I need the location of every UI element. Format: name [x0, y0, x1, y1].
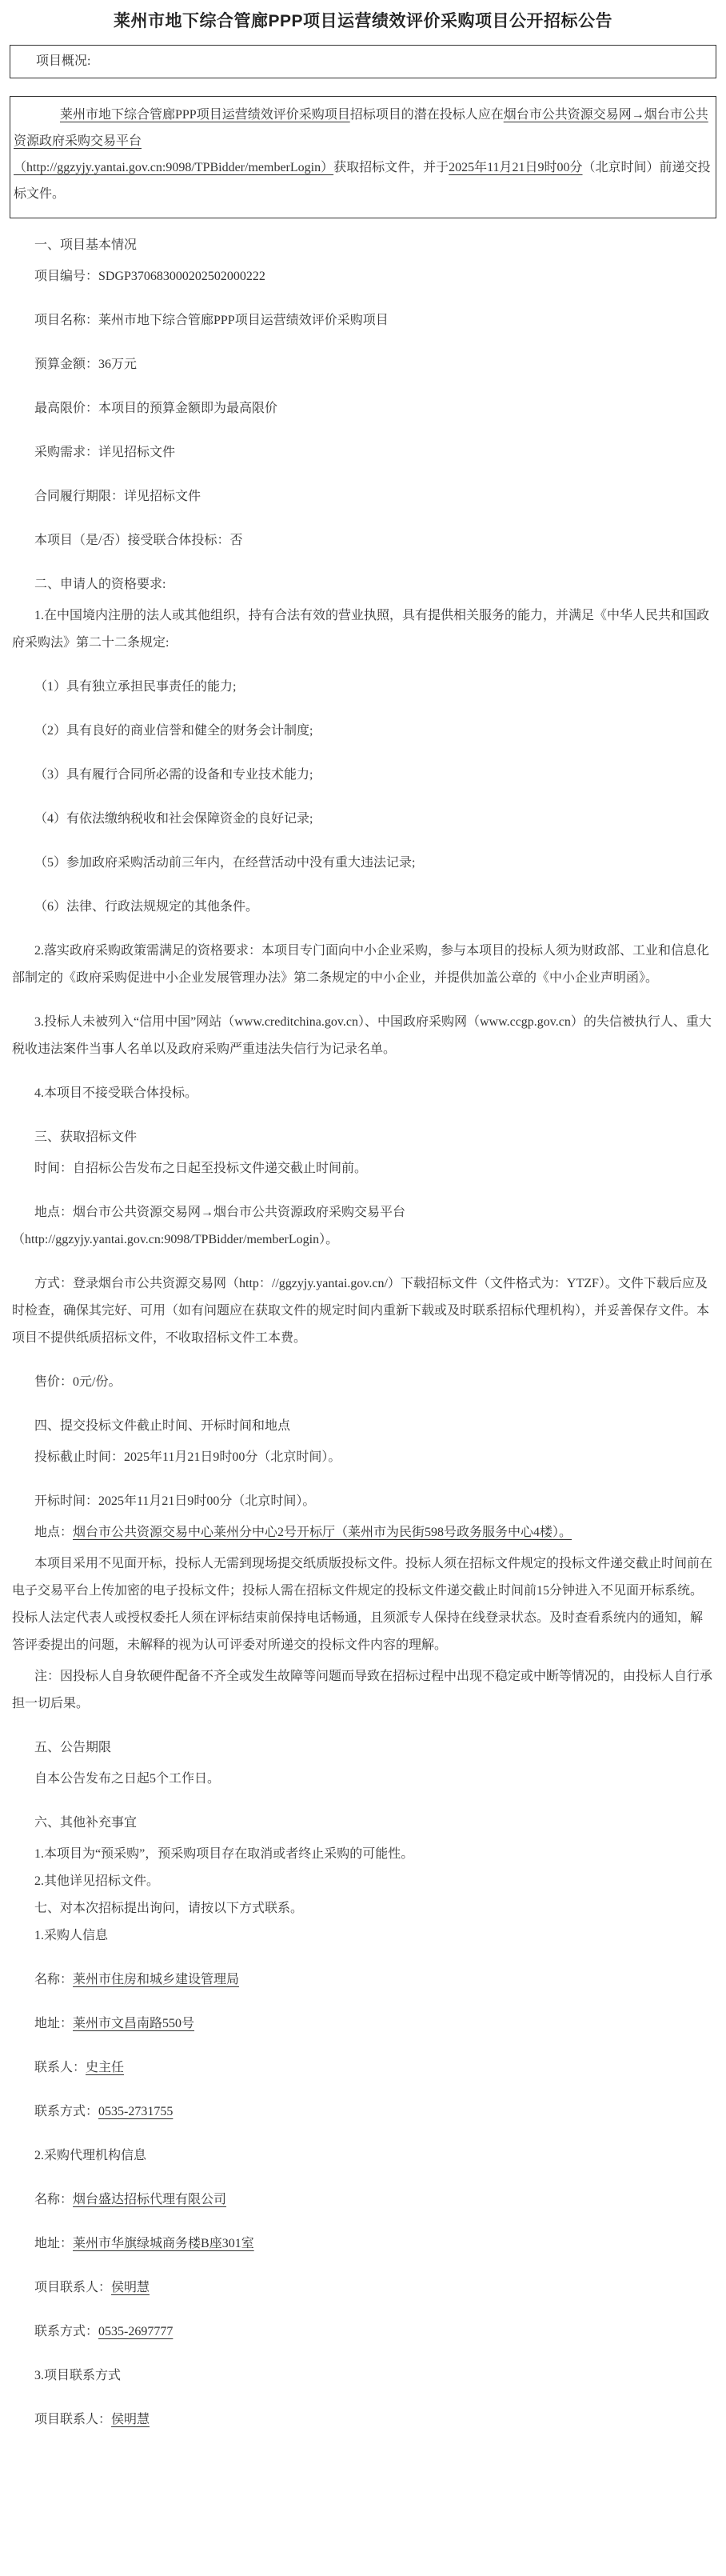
- text-run: 本项目（是/否）接受联合体投标：否: [34, 534, 242, 547]
- text-run: 1.本项目为“预采购”，预采购项目存在取消或者终止采购的可能性。: [34, 1847, 413, 1861]
- page-title: 莱州市地下综合管廊PPP项目运营绩效评价采购项目公开招标公告: [16, 10, 710, 34]
- section-7-heading: 七、对本次招标提出询问，请按以下方式联系。: [12, 1895, 714, 1922]
- agency-address: 地址：莱州市华旗绿城商务楼B座301室: [12, 2230, 714, 2258]
- underlined-text: 0535-2697777: [98, 2325, 173, 2338]
- text-run: 招标项目的潜在投标人应在: [350, 108, 504, 122]
- project-contact: 项目联系人：侯明慧: [12, 2406, 714, 2434]
- agency-project-contact: 项目联系人：侯明慧: [12, 2274, 714, 2302]
- underlined-text: 烟台市公共资源交易中心莱州分中心2号开标厅（莱州市为民街598号政务服务中心4楼…: [73, 1526, 572, 1539]
- underlined-text: 史主任: [86, 2061, 124, 2074]
- budget-amount: 预算金额：36万元: [12, 351, 714, 378]
- document-body: 一、项目基本情况项目编号：SDGP370683000202502000222项目…: [0, 218, 726, 2434]
- qualification-1-item-4: （4）有依法缴纳税收和社会保障资金的良好记录;: [12, 806, 714, 833]
- project-name: 项目名称：莱州市地下综合管廊PPP项目运营绩效评价采购项目: [12, 307, 714, 334]
- supplement-1: 1.本项目为“预采购”，预采购项目存在取消或者终止采购的可能性。: [12, 1841, 714, 1868]
- document-price: 售价：0元/份。: [12, 1369, 714, 1396]
- text-run: （4）有依法缴纳税收和社会保障资金的良好记录;: [34, 812, 313, 826]
- text-run: 地址：: [34, 2237, 73, 2250]
- text-run: 预算金额：36万元: [34, 358, 137, 371]
- text-run: 项目名称：莱州市地下综合管廊PPP项目运营绩效评价采购项目: [34, 314, 389, 327]
- qualification-3: 3.投标人未被列入“信用中国”网站（www.creditchina.gov.cn…: [12, 1009, 714, 1063]
- obtain-time: 时间：自招标公告发布之日起至投标文件递交截止时间前。: [12, 1155, 714, 1182]
- text-run: （5）参加政府采购活动前三年内，在经营活动中没有重大违法记录;: [34, 856, 415, 870]
- risk-note: 注：因投标人自身软硬件配备不齐全或发生故障等问题而导致在招标过程中出现不稳定或中…: [12, 1663, 714, 1718]
- text-run: 2.采购代理机构信息: [34, 2149, 146, 2162]
- contract-period: 合同履行期限：详见招标文件: [12, 483, 714, 510]
- section-2-heading: 二、申请人的资格要求:: [12, 571, 714, 598]
- qualification-2: 2.落实政府采购政策需满足的资格要求：本项目专门面向中小企业采购，参与本项目的投…: [12, 938, 714, 992]
- text-run: 名称：: [34, 2193, 73, 2206]
- text-run: 一、项目基本情况: [34, 238, 137, 252]
- text-run: 三、获取招标文件: [34, 1130, 137, 1144]
- text-run: 六、其他补充事宜: [34, 1816, 137, 1830]
- text-run: 注：因投标人自身软硬件配备不齐全或发生故障等问题而导致在招标过程中出现不稳定或中…: [12, 1670, 712, 1710]
- qualification-1-item-1: （1）具有独立承担民事责任的能力;: [12, 674, 714, 701]
- project-overview-box: 项目概况:: [10, 45, 716, 78]
- text-run: （2）具有良好的商业信誉和健全的财务会计制度;: [34, 724, 313, 738]
- text-run: 2.落实政府采购政策需满足的资格要求：本项目专门面向中小企业采购，参与本项目的投…: [12, 944, 709, 985]
- text-run: 地点：: [34, 1526, 73, 1539]
- qualification-1: 1.在中国境内注册的法人或其他组织，持有合法有效的营业执照，具有提供相关服务的能…: [12, 602, 714, 657]
- qualification-1-item-2: （2）具有良好的商业信誉和健全的财务会计制度;: [12, 718, 714, 745]
- text-run: 采购需求：详见招标文件: [34, 446, 175, 459]
- bid-deadline: 投标截止时间：2025年11月21日9时00分（北京时间）。: [12, 1444, 714, 1471]
- text-run: （6）法律、行政法规规定的其他条件。: [34, 900, 258, 914]
- qualification-1-item-5: （5）参加政府采购活动前三年内，在经营活动中没有重大违法记录;: [12, 850, 714, 877]
- text-run: 2.其他详见招标文件。: [34, 1874, 159, 1888]
- text-run: 最高限价：本项目的预算金额即为最高限价: [34, 402, 277, 415]
- text-run: 本项目采用不见面开标，投标人无需到现场提交纸质版投标文件。投标人须在招标文件规定…: [12, 1557, 712, 1652]
- underlined-text: （http://ggzyjy.yantai.gov.cn:9098/TPBidd…: [14, 161, 333, 174]
- qualification-1-item-3: （3）具有履行合同所必需的设备和专业技术能力;: [12, 762, 714, 789]
- obtain-location: 地点：烟台市公共资源交易网→烟台市公共资源政府采购交易平台（http://ggz…: [12, 1199, 714, 1254]
- text-run: 二、申请人的资格要求:: [34, 578, 166, 591]
- text-run: （1）具有独立承担民事责任的能力;: [34, 680, 236, 694]
- text-run: 五、公告期限: [34, 1741, 111, 1754]
- underlined-text: 侯明慧: [111, 2413, 150, 2426]
- underlined-text: 莱州市住房和城乡建设管理局: [73, 1973, 239, 1986]
- agency-info-heading: 2.采购代理机构信息: [12, 2142, 714, 2170]
- text-run: 3.投标人未被列入“信用中国”网站（www.creditchina.gov.cn…: [12, 1015, 712, 1056]
- section-5-heading: 五、公告期限: [12, 1734, 714, 1762]
- qualification-4: 4.本项目不接受联合体投标。: [12, 1080, 714, 1107]
- text-run: 1.在中国境内注册的法人或其他组织，持有合法有效的营业执照，具有提供相关服务的能…: [12, 609, 709, 650]
- text-run: 名称：: [34, 1973, 73, 1986]
- underlined-text: 莱州市文昌南路550号: [73, 2017, 194, 2030]
- consortium-bid: 本项目（是/否）接受联合体投标：否: [12, 527, 714, 554]
- section-1-heading: 一、项目基本情况: [12, 232, 714, 259]
- max-price: 最高限价：本项目的预算金额即为最高限价: [12, 395, 714, 422]
- bid-opening-location: 地点：烟台市公共资源交易中心莱州分中心2号开标厅（莱州市为民街598号政务服务中…: [12, 1519, 714, 1546]
- text-run: （3）具有履行合同所必需的设备和专业技术能力;: [34, 768, 313, 782]
- text-run: 4.本项目不接受联合体投标。: [34, 1086, 197, 1100]
- text-run: 地址：: [34, 2017, 73, 2030]
- underlined-text: 侯明慧: [111, 2281, 150, 2294]
- section-6-heading: 六、其他补充事宜: [12, 1810, 714, 1837]
- remote-bid-opening-note: 本项目采用不见面开标，投标人无需到现场提交纸质版投标文件。投标人须在招标文件规定…: [12, 1550, 714, 1659]
- bid-opening-time: 开标时间：2025年11月21日9时00分（北京时间）。: [12, 1488, 714, 1515]
- underlined-text: 0535-2731755: [98, 2105, 173, 2118]
- section-3-heading: 三、获取招标文件: [12, 1124, 714, 1151]
- text-run: 投标截止时间：2025年11月21日9时00分（北京时间）。: [34, 1450, 341, 1464]
- text-run: 地点：烟台市公共资源交易网→烟台市公共资源政府采购交易平台（http://ggz…: [12, 1206, 405, 1246]
- text-run: 七、对本次招标提出询问，请按以下方式联系。: [34, 1902, 303, 1915]
- project-overview-summary-box: 莱州市地下综合管廊PPP项目运营绩效评价采购项目招标项目的潜在投标人应在烟台市公…: [10, 96, 716, 218]
- text-run: 项目编号：SDGP370683000202502000222: [34, 270, 265, 283]
- purchaser-phone: 联系方式：0535-2731755: [12, 2098, 714, 2126]
- text-run: 1.采购人信息: [34, 1929, 108, 1942]
- text-run: 项目联系人：: [34, 2413, 111, 2426]
- underlined-text: 莱州市地下综合管廊PPP项目运营绩效评价采购项目: [60, 108, 350, 122]
- text-run: 四、提交投标文件截止时间、开标时间和地点: [34, 1419, 290, 1433]
- agency-name: 名称：烟台盛达招标代理有限公司: [12, 2186, 714, 2214]
- text-run: 联系方式：: [34, 2325, 98, 2338]
- text-run: 时间：自招标公告发布之日起至投标文件递交截止时间前。: [34, 1162, 367, 1175]
- purchaser-name: 名称：莱州市住房和城乡建设管理局: [12, 1966, 714, 1994]
- text-run: 项目联系人：: [34, 2281, 111, 2294]
- text-run: 方式：登录烟台市公共资源交易网（http：//ggzyjy.yantai.gov…: [12, 1277, 709, 1345]
- section-4-heading: 四、提交投标文件截止时间、开标时间和地点: [12, 1413, 714, 1440]
- text-run: 联系人：: [34, 2061, 86, 2074]
- text-run: 联系方式：: [34, 2105, 98, 2118]
- underlined-text: 莱州市华旗绿城商务楼B座301室: [73, 2237, 254, 2250]
- text-run: 获取招标文件，并于: [333, 161, 449, 174]
- procurement-requirements: 采购需求：详见招标文件: [12, 439, 714, 466]
- agency-phone: 联系方式：0535-2697777: [12, 2318, 714, 2346]
- obtain-method: 方式：登录烟台市公共资源交易网（http：//ggzyjy.yantai.gov…: [12, 1270, 714, 1352]
- purchaser-contact: 联系人：史主任: [12, 2054, 714, 2082]
- supplement-2: 2.其他详见招标文件。: [12, 1868, 714, 1895]
- project-number: 项目编号：SDGP370683000202502000222: [12, 263, 714, 290]
- project-contact-heading: 3.项目联系方式: [12, 2362, 714, 2390]
- purchaser-address: 地址：莱州市文昌南路550号: [12, 2010, 714, 2038]
- text-run: 自本公告发布之日起5个工作日。: [34, 1772, 220, 1786]
- text-run: 售价：0元/份。: [34, 1375, 121, 1389]
- underlined-text: 烟台盛达招标代理有限公司: [73, 2193, 226, 2206]
- text-run: 3.项目联系方式: [34, 2369, 121, 2382]
- announcement-document: 莱州市地下综合管廊PPP项目运营绩效评价采购项目公开招标公告 项目概况: 莱州市…: [0, 0, 726, 2461]
- text-run: 开标时间：2025年11月21日9时00分（北京时间）。: [34, 1494, 315, 1508]
- underlined-text: 2025年11月21日9时00分: [449, 161, 582, 174]
- qualification-1-item-6: （6）法律、行政法规规定的其他条件。: [12, 894, 714, 921]
- text-run: 合同履行期限：详见招标文件: [34, 490, 201, 503]
- purchaser-info-heading: 1.采购人信息: [12, 1922, 714, 1950]
- project-overview-label: 项目概况:: [10, 46, 716, 78]
- announcement-period: 自本公告发布之日起5个工作日。: [12, 1766, 714, 1793]
- intro-paragraph: 莱州市地下综合管廊PPP项目运营绩效评价采购项目招标项目的潜在投标人应在烟台市公…: [10, 97, 716, 218]
